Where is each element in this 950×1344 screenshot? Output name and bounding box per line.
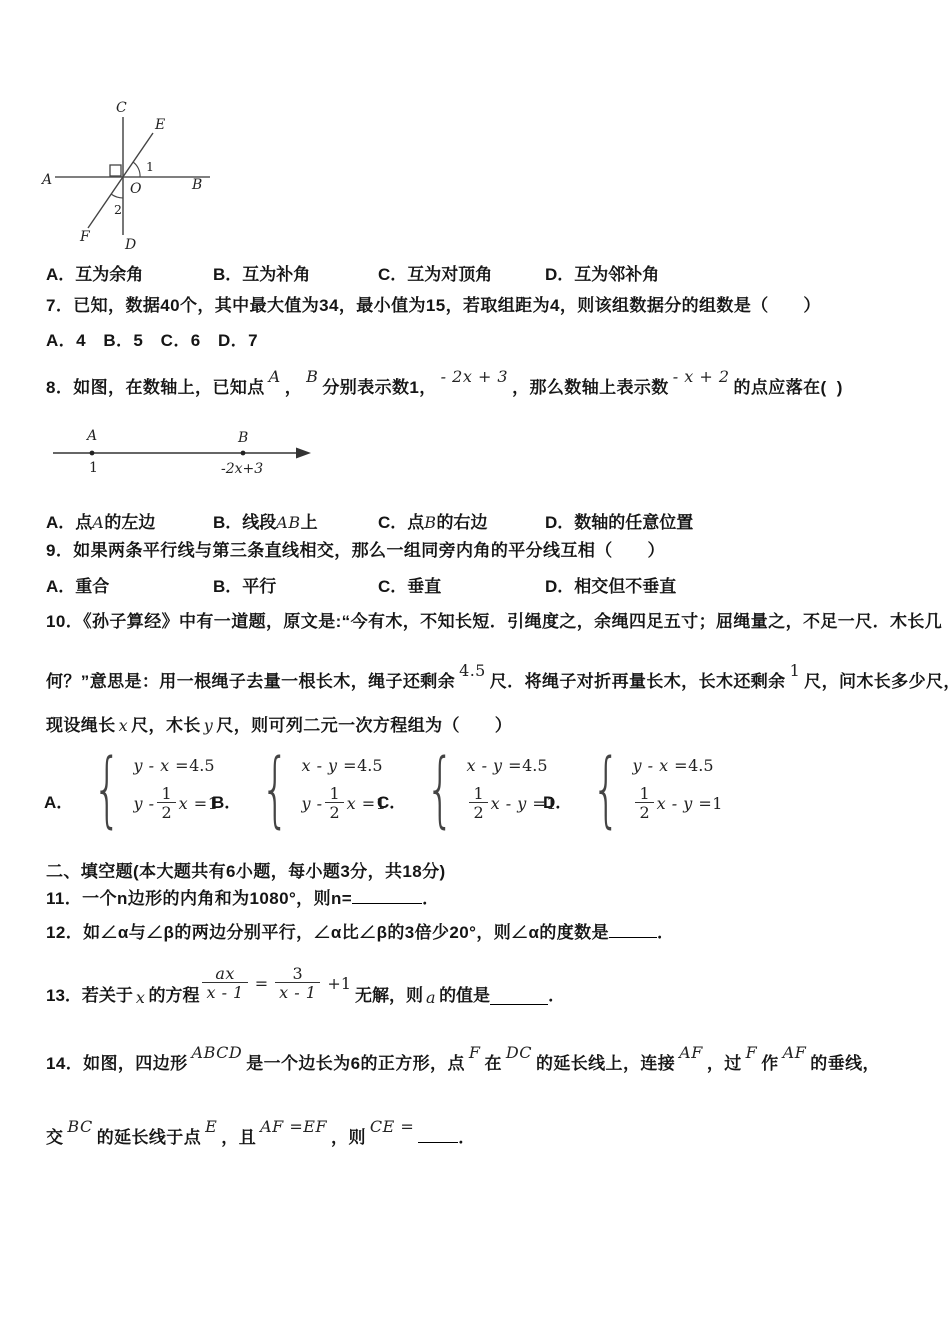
brace-icon: { xyxy=(261,748,290,832)
q14-math-F1: F xyxy=(465,1043,485,1062)
q8c-post: 的右边 xyxy=(437,513,488,532)
q13-text-2: 的方程 xyxy=(148,981,199,1007)
point-O-label: O xyxy=(130,181,142,197)
q14-math-BC: BC xyxy=(63,1117,96,1136)
q10a-system: y - x =4.5 y - 12x =1 xyxy=(133,754,217,821)
q14-l1-text2: 是一个边长为6的正方形，点 xyxy=(246,1054,465,1073)
figure-q6-intersecting-lines: A B C D E F O 1 2 xyxy=(40,88,240,258)
q10a-eq1-val: 4.5 xyxy=(189,756,214,775)
q6-option-b: B．互为补角 xyxy=(213,260,378,285)
point-D-label: D xyxy=(124,237,136,253)
numberline-point-A xyxy=(90,451,95,456)
q8b-post: 上 xyxy=(301,513,318,532)
q8-option-c: C．点B的右边 xyxy=(378,508,545,533)
q10d-frac-den: 2 xyxy=(635,802,653,821)
q10b-eq1-expr: x - y = xyxy=(301,756,357,775)
q10-l2-text1: 何？”意思是：用一根绳子去量一根长木，绳子还剩余 xyxy=(46,672,455,691)
q12-answer-blank xyxy=(609,923,657,938)
q10-l2-text3: 尺，问木长多少尺， xyxy=(804,672,950,691)
brace-icon: { xyxy=(93,748,122,832)
q8a-post: 的左边 xyxy=(104,513,155,532)
angle2-label: 2 xyxy=(114,202,122,217)
q10d-frac-num: 1 xyxy=(635,785,653,802)
q10d-label: D． xyxy=(543,788,572,813)
q14-answer-blank xyxy=(418,1128,458,1143)
q6-option-a: A．互为余角 xyxy=(46,260,213,285)
q12-text: 12．如∠α与∠β的两边分别平行，∠α比∠β的3倍少20°，则∠α的度数是 xyxy=(46,923,609,942)
numberline-B-label: B xyxy=(237,430,248,446)
point-C-label: C xyxy=(116,100,127,116)
q6-options: A．互为余角 B．互为补角 C．互为对顶角 D．互为邻补角 xyxy=(46,260,659,285)
q10b-eq2-pre: y - xyxy=(301,794,322,813)
q10-l3-text3: 尺，则可列二元一次方程组为（ ） xyxy=(216,716,512,735)
q14-period: ． xyxy=(458,1128,475,1147)
question-10-line1: 10．《孙子算经》中有一道题，原文是:“今有木，不知长短．引绳度之，余绳四足五寸… xyxy=(46,611,942,633)
numberline-A-value: 1 xyxy=(89,460,98,476)
q10-option-b: B． { x - y =4.5 y - 12x =1 xyxy=(212,748,386,832)
q14-l1-text3: 在 xyxy=(484,1054,501,1073)
q9-option-c: C．垂直 xyxy=(378,572,545,597)
q11-answer-blank xyxy=(352,889,422,904)
q14-math-AF-EF: AF =EF xyxy=(256,1117,331,1136)
q10-var-x: x xyxy=(116,716,132,735)
question-10-line2: 何？”意思是：用一根绳子去量一根长木，绳子还剩余4.5尺．将绳子对折再量长木，长… xyxy=(46,671,950,693)
q8-math-B: B xyxy=(302,367,322,386)
q13-period: ． xyxy=(548,981,565,1007)
q9-options: A．重合 B．平行 C．垂直 D．相交但不垂直 xyxy=(46,572,676,597)
q10d-eq1-val: 4.5 xyxy=(688,756,713,775)
q8-math-A: A xyxy=(265,367,285,386)
q10b-frac-den: 2 xyxy=(325,802,343,821)
angle1-arc xyxy=(133,162,140,177)
q10-value-4-5: 4.5 xyxy=(455,661,490,680)
q8-text-3: 分别表示数1， xyxy=(322,378,436,397)
q8c-math: B xyxy=(424,513,436,532)
q10a-label: A． xyxy=(44,788,73,813)
q10d-eq2-val: 1 xyxy=(712,794,722,813)
q13-answer-blank xyxy=(490,990,548,1005)
q14-math-DC: DC xyxy=(502,1043,536,1062)
q8-text-2: ， xyxy=(285,378,302,397)
q8-text-4: ，那么数轴上表示数 xyxy=(512,378,669,397)
q10d-eq2-expr: x - y = xyxy=(657,794,713,813)
q14-l2-text3: ，且 xyxy=(221,1128,256,1147)
q14-l2-text1: 交 xyxy=(46,1128,63,1147)
figure-q8-numberline: A B 1 -2x+3 xyxy=(40,424,325,482)
q14-l1-text7: 的垂线， xyxy=(810,1054,880,1073)
q13-equals: = xyxy=(251,974,272,993)
q8b-math: AB xyxy=(276,513,300,532)
q14-math-F2: F xyxy=(742,1043,762,1062)
q8-option-b: B．线段AB上 xyxy=(213,508,378,533)
q13-frac1-den: x - 1 xyxy=(202,982,247,1001)
q10c-frac-den: 2 xyxy=(469,802,487,821)
point-B-label: B xyxy=(191,177,202,193)
q8-option-d: D．数轴的任意位置 xyxy=(545,508,693,533)
point-E-label: E xyxy=(154,117,165,133)
q8b-pre: B．线段 xyxy=(213,513,276,532)
q10c-eq1-expr: x - y = xyxy=(466,756,522,775)
angle2-arc xyxy=(111,194,123,198)
q13-plus-one: +1 xyxy=(323,974,355,993)
q10-value-1: 1 xyxy=(786,661,805,680)
brace-icon: { xyxy=(592,748,621,832)
q10-l2-text2: 尺．将绳子对折再量长木，长木还剩余 xyxy=(490,672,786,691)
q14-l2-text2: 的延长线于点 xyxy=(97,1128,201,1147)
q10-option-d: D． { y - x =4.5 12x - y =1 xyxy=(543,748,722,832)
q12-period: ． xyxy=(657,923,674,942)
q11-period: ． xyxy=(422,889,439,908)
q8-math-expr2: - x + 2 xyxy=(669,367,734,386)
point-F-label: F xyxy=(79,229,91,245)
question-9-text: 9．如果两条平行线与第三条直线相交，那么一组同旁内角的平分线互相（ ） xyxy=(46,540,665,562)
q8-math-expr1: - 2x + 3 xyxy=(437,367,512,386)
brace-icon: { xyxy=(426,748,455,832)
q14-math-ABCD: ABCD xyxy=(188,1043,247,1062)
q10b-label: B． xyxy=(212,788,241,813)
q10d-system: y - x =4.5 12x - y =1 xyxy=(632,754,722,821)
numberline-point-B xyxy=(241,451,246,456)
q13-fraction-1: axx - 1 xyxy=(202,965,247,1001)
q13-var-x: x xyxy=(133,988,149,1007)
q10-l3-text2: 尺，木长 xyxy=(131,716,201,735)
q13-frac2-den: x - 1 xyxy=(275,982,320,1001)
q8-option-a: A．点A的左边 xyxy=(46,508,213,533)
q8-options: A．点A的左边 B．线段AB上 C．点B的右边 D．数轴的任意位置 xyxy=(46,508,693,533)
q14-l1-text6: 作 xyxy=(761,1054,778,1073)
q10d-eq1-expr: y - x = xyxy=(632,756,688,775)
numberline-B-value: -2x+3 xyxy=(221,461,263,477)
q9-option-b: B．平行 xyxy=(213,572,378,597)
q9-option-a: A．重合 xyxy=(46,572,213,597)
q9-option-d: D．相交但不垂直 xyxy=(545,572,676,597)
q14-l1-text1: 14．如图，四边形 xyxy=(46,1054,188,1073)
right-angle-mark xyxy=(110,165,121,176)
q8c-pre: C．点 xyxy=(378,513,424,532)
q10c-frac-num: 1 xyxy=(469,785,487,802)
q10c-label: C． xyxy=(377,788,406,813)
question-8-text: 8．如图，在数轴上，已知点A，B分别表示数1，- 2x + 3，那么数轴上表示数… xyxy=(46,377,843,399)
q10a-eq2-expr: x = xyxy=(179,794,208,813)
q13-text-3: 无解，则 xyxy=(355,981,423,1007)
q10b-system: x - y =4.5 y - 12x =1 xyxy=(301,754,385,821)
q10b-fraction: 12 xyxy=(325,785,343,821)
q14-l1-text5: ，过 xyxy=(707,1054,742,1073)
q10-var-y: y xyxy=(201,716,217,735)
q8a-pre: A．点 xyxy=(46,513,92,532)
q10b-eq2-expr: x = xyxy=(347,794,376,813)
q14-l2-text4: ，则 xyxy=(331,1128,366,1147)
question-10-line3: 现设绳长x尺，木长y尺，则可列二元一次方程组为（ ） xyxy=(46,715,512,737)
q10-option-c: C． { x - y =4.5 12x - y =1 xyxy=(377,748,556,832)
q13-frac2-num: 3 xyxy=(288,965,307,982)
q8a-math: A xyxy=(92,513,104,532)
q10a-frac-num: 1 xyxy=(157,785,175,802)
q13-text-4: 的值是 xyxy=(439,981,490,1007)
question-14-line2: 交BC的延长线于点E，且AF =EF，则CE =． xyxy=(46,1127,476,1149)
question-11-text: 11．一个n边形的内角和为1080°，则n=． xyxy=(46,888,440,910)
angle1-label: 1 xyxy=(146,159,154,174)
q10a-fraction: 12 xyxy=(157,785,175,821)
q10a-eq2-pre: y - xyxy=(133,794,154,813)
q8-text-1: 8．如图，在数轴上，已知点 xyxy=(46,378,265,397)
q14-math-CE: CE = xyxy=(366,1117,418,1136)
q11-text: 11．一个n边形的内角和为1080°，则n= xyxy=(46,889,352,908)
q10-option-a: A． { y - x =4.5 y - 12x =1 xyxy=(44,748,218,832)
q10c-fraction: 12 xyxy=(469,785,487,821)
q6-option-c: C．互为对顶角 xyxy=(378,260,545,285)
q10b-frac-num: 1 xyxy=(325,785,343,802)
q13-frac1-num: ax xyxy=(211,965,239,982)
q10d-fraction: 12 xyxy=(635,785,653,821)
q7-options: A．4 B．5 C．6 D．7 xyxy=(46,330,258,352)
numberline-A-label: A xyxy=(85,428,97,444)
exam-page: A B C D E F O 1 2 A．互为余角 B．互为补角 C．互为对顶角 … xyxy=(0,0,950,1344)
section-2-header: 二、填空题(本大题共有6小题，每小题3分，共18分) xyxy=(46,861,446,883)
q14-math-E: E xyxy=(201,1117,221,1136)
q14-l1-text4: 的延长线上，连接 xyxy=(536,1054,675,1073)
q10-l3-text1: 现设绳长 xyxy=(46,716,116,735)
q10c-eq2-expr: x - y = xyxy=(491,794,547,813)
numberline-arrowhead xyxy=(296,448,311,459)
q6-option-d: D．互为邻补角 xyxy=(545,260,659,285)
question-12-text: 12．如∠α与∠β的两边分别平行，∠α比∠β的3倍少20°，则∠α的度数是． xyxy=(46,922,674,944)
q13-fraction-2: 3x - 1 xyxy=(275,965,320,1001)
q14-math-AF1: AF xyxy=(675,1043,707,1062)
q13-text-1: 13．若关于 xyxy=(46,981,133,1007)
question-7-text: 7．已知，数据40个，其中最大值为34，最小值为15，若取组距为4，则该组数据分… xyxy=(46,295,821,317)
q13-var-a: a xyxy=(423,988,439,1007)
q10a-frac-den: 2 xyxy=(157,802,175,821)
q10a-eq1-expr: y - x = xyxy=(133,756,189,775)
question-14-line1: 14．如图，四边形ABCD是一个边长为6的正方形，点F在DC的延长线上，连接AF… xyxy=(46,1053,880,1075)
q8-text-5: 的点应落在( ) xyxy=(734,378,843,397)
q14-math-AF2: AF xyxy=(779,1043,811,1062)
point-A-label: A xyxy=(40,172,52,188)
question-13-text: 13．若关于 x 的方程 axx - 1 = 3x - 1 +1 无解，则 a … xyxy=(46,955,565,1007)
